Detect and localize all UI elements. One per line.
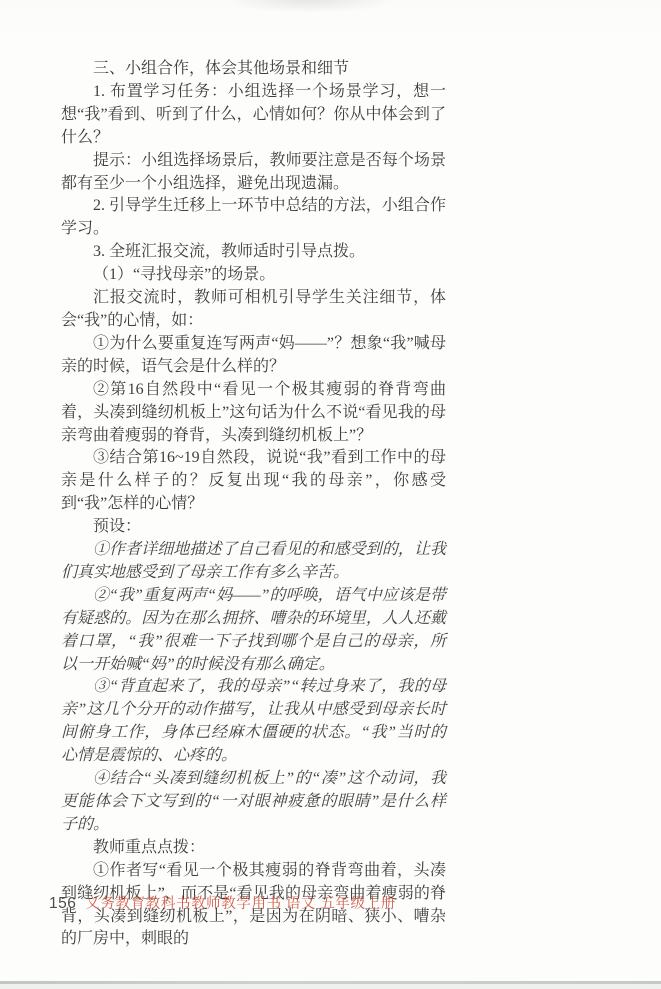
paragraph: 提示：小组选择场景后，教师要注意是否每个场景都有至少一个小组选择，避免出现遗漏。 xyxy=(61,150,446,196)
page-edge-shadow xyxy=(0,984,661,989)
scanned-page: 三、小组合作，体会其他场景和细节1. 布置学习任务：小组选择一个场景学习，想一想… xyxy=(0,0,661,989)
paragraph: ④结合“头凑到缝纫机板上”的“凑”这个动词，我更能体会下文写到的“一对眼神疲惫的… xyxy=(61,768,446,837)
paragraph: 预设： xyxy=(61,516,446,539)
paragraph: 2. 引导学生迁移上一环节中总结的方法，小组合作学习。 xyxy=(61,195,446,241)
paragraph: ①为什么要重复连写两声“妈——”？想象“我”喊母亲的时候，语气会是什么样的？ xyxy=(61,333,446,379)
paragraph: ②第16自然段中“看见一个极其瘦弱的脊背弯曲着，头凑到缝纫机板上”这句话为什么不… xyxy=(61,379,446,448)
scan-bottom-edge xyxy=(0,981,661,989)
paragraph: 汇报交流时，教师可相机引导学生关注细节，体会“我”的心情，如： xyxy=(61,287,446,333)
paragraph: 三、小组合作，体会其他场景和细节 xyxy=(61,58,446,81)
paragraph: 教师重点点拨： xyxy=(61,837,446,860)
paragraph: （1）“寻找母亲”的场景。 xyxy=(61,264,446,287)
page-footer: 156 义务教育教科书教师教学用书 语文 五年级上册 xyxy=(49,892,396,913)
paragraph: ②“我”重复两声“妈——”的呼唤，语气中应该是带有疑惑的。因为在那么拥挤、嘈杂的… xyxy=(61,585,446,677)
paragraph: ③结合第16~19自然段，说说“我”看到工作中的母亲是什么样子的？反复出现“我的… xyxy=(61,447,446,516)
paragraph: 3. 全班汇报交流，教师适时引导点拨。 xyxy=(61,241,446,264)
text-block: 三、小组合作，体会其他场景和细节1. 布置学习任务：小组选择一个场景学习，想一想… xyxy=(61,58,446,951)
paragraph: 1. 布置学习任务：小组选择一个场景学习，想一想“我”看到、听到了什么，心情如何… xyxy=(61,81,446,150)
page-number: 156 xyxy=(49,895,76,913)
paragraph: ①作者详细地描述了自己看见的和感受到的，让我们真实地感受到了母亲工作有多么辛苦。 xyxy=(61,539,446,585)
footer-book-title: 义务教育教科书教师教学用书 语文 五年级上册 xyxy=(85,892,395,913)
paragraph: ③“背直起来了，我的母亲”“转过身来了，我的母亲”这几个分开的动作描写，让我从中… xyxy=(61,676,446,768)
